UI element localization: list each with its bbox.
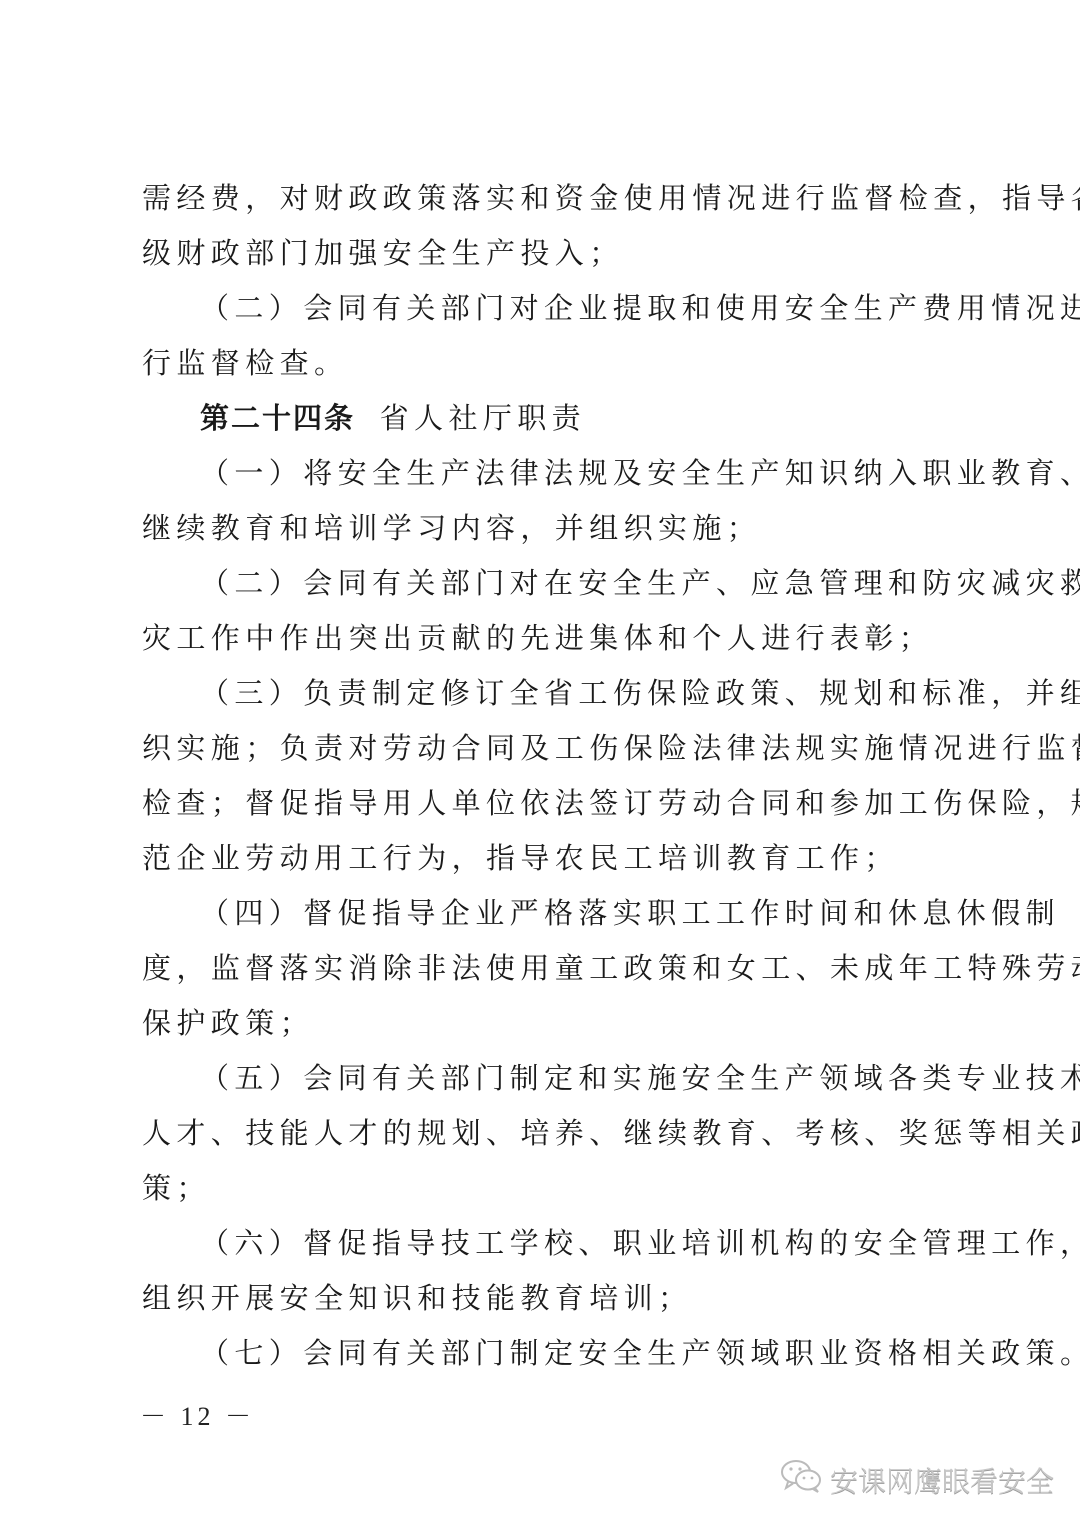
line-12: 检查；督促指导用人单位依法签订劳动合同和参加工伤保险，规 bbox=[142, 785, 942, 821]
watermark-text: 安课网鹰眼看安全 bbox=[830, 1460, 1054, 1500]
line-9: 灾工作中作出突出贡献的先进集体和个人进行表彰； bbox=[142, 620, 942, 656]
line-10: （三）负责制定修订全省工伤保险政策、规划和标准，并组 bbox=[200, 675, 942, 711]
page-number: － 12 － bbox=[140, 1396, 255, 1433]
line-14: （四）督促指导企业严格落实职工工作时间和休息休假制 bbox=[200, 895, 942, 931]
line-20: （六）督促指导技工学校、职业培训机构的安全管理工作， bbox=[200, 1225, 942, 1261]
line-19: 策； bbox=[142, 1170, 942, 1206]
article-title: 省人社厅职责 bbox=[380, 401, 586, 435]
line-4: 行监督检查。 bbox=[142, 345, 942, 381]
line-15: 度，监督落实消除非法使用童工政策和女工、未成年工特殊劳动 bbox=[142, 950, 942, 986]
article-number: 第二十四条 bbox=[200, 401, 355, 435]
line-22: （七）会同有关部门制定安全生产领域职业资格相关政策。 bbox=[200, 1335, 942, 1371]
line-21: 组织开展安全知识和技能教育培训； bbox=[142, 1280, 942, 1316]
document-page: 需经费，对财政政策落实和资金使用情况进行监督检查，指导各 级财政部门加强安全生产… bbox=[0, 0, 1080, 1527]
line-16: 保护政策； bbox=[142, 1005, 942, 1041]
line-1: 需经费，对财政政策落实和资金使用情况进行监督检查，指导各 bbox=[142, 180, 942, 216]
watermark: 安课网鹰眼看安全 bbox=[780, 1458, 1054, 1501]
line-7: 继续教育和培训学习内容，并组织实施； bbox=[142, 510, 942, 546]
line-2: 级财政部门加强安全生产投入； bbox=[142, 235, 942, 271]
line-13: 范企业劳动用工行为，指导农民工培训教育工作； bbox=[142, 840, 942, 876]
line-3: （二）会同有关部门对企业提取和使用安全生产费用情况进 bbox=[200, 290, 942, 326]
article-heading: 第二十四条 省人社厅职责 bbox=[200, 400, 942, 436]
line-11: 织实施；负责对劳动合同及工伤保险法律法规实施情况进行监督 bbox=[142, 730, 942, 766]
line-6: （一）将安全生产法律法规及安全生产知识纳入职业教育、 bbox=[200, 455, 942, 491]
line-17: （五）会同有关部门制定和实施安全生产领域各类专业技术 bbox=[200, 1060, 942, 1096]
line-8: （二）会同有关部门对在安全生产、应急管理和防灾减灾救 bbox=[200, 565, 942, 601]
line-18: 人才、技能人才的规划、培养、继续教育、考核、奖惩等相关政 bbox=[142, 1115, 942, 1151]
wechat-icon bbox=[780, 1458, 830, 1501]
